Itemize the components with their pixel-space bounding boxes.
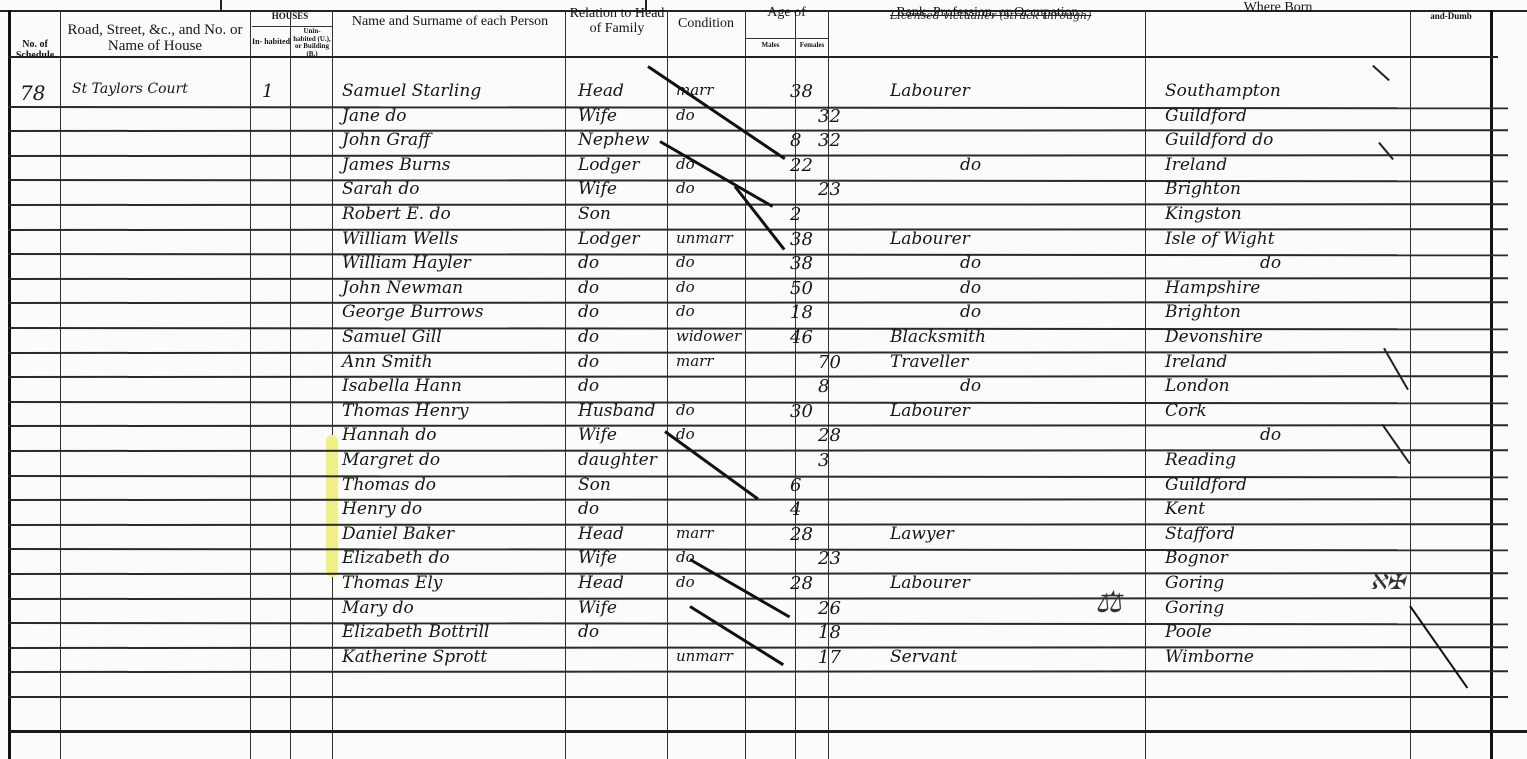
person-name: Robert E. do (342, 204, 451, 224)
male-age: 50 (790, 278, 813, 299)
birthplace: Bognor (1165, 548, 1228, 568)
person-name: William Hayler (342, 253, 471, 273)
header-bottom-rule (8, 56, 1498, 58)
female-age: 32 (818, 130, 841, 151)
male-age: 28 (790, 573, 813, 594)
birthplace: Southampton (1165, 81, 1281, 101)
relation-to-head: Son (578, 475, 611, 495)
person-name: Thomas do (342, 475, 436, 495)
male-age: 18 (790, 302, 813, 323)
birthplace: Ireland (1165, 352, 1227, 372)
header-males: Males (746, 42, 795, 50)
male-age: 46 (790, 327, 813, 348)
census-row: Hannah doWifedo28do (0, 427, 1527, 452)
female-age: 28 (818, 425, 841, 446)
header-schedule: No. of Schedule (10, 40, 60, 62)
marital-condition: do (676, 401, 695, 419)
relation-to-head: Son (578, 204, 611, 224)
person-name: William Wells (342, 229, 458, 249)
person-name: Samuel Gill (342, 327, 442, 347)
male-age: 4 (790, 499, 801, 520)
occupation: do (960, 302, 981, 322)
census-row: Ann Smithdomarr70TravellerIreland (0, 354, 1527, 379)
marital-condition: do (676, 278, 695, 296)
occupation: Servant (890, 647, 957, 667)
person-name: Isabella Hann (342, 376, 462, 396)
male-age: 22 (790, 155, 813, 176)
birthplace: Kingston (1165, 204, 1242, 224)
birthplace: Goring (1165, 598, 1224, 618)
birthplace: Hampshire (1165, 278, 1260, 298)
female-age: 23 (818, 179, 841, 200)
birthplace: Reading (1165, 450, 1236, 470)
row-rule (8, 671, 1508, 674)
marital-condition: do (676, 179, 695, 197)
census-row: Thomas HenryHusbanddo30LabourerCork (0, 403, 1527, 428)
female-age: 70 (818, 352, 841, 373)
relation-to-head: do (578, 253, 599, 273)
female-age: 23 (818, 548, 841, 569)
initials-scrawl: ⚖ (1095, 585, 1122, 620)
person-name: John Newman (342, 278, 463, 298)
relation-to-head: do (578, 327, 599, 347)
person-name: Ann Smith (342, 352, 433, 372)
person-name: George Burrows (342, 302, 484, 322)
census-row: Henry dodo4Kent (0, 501, 1527, 526)
census-row: Thomas ElyHeaddo28LabourerGoring (0, 575, 1527, 600)
male-age: 28 (790, 524, 813, 545)
female-age: 26 (818, 598, 841, 619)
birthplace: Guildford (1165, 106, 1247, 126)
occupation: Labourer (890, 229, 970, 249)
person-name: Hannah do (342, 425, 436, 445)
age-divider (746, 38, 828, 39)
relation-to-head: Lodger (578, 155, 639, 175)
birthplace: Ireland (1165, 155, 1227, 175)
female-age: 3 (818, 450, 829, 471)
census-row: Thomas doSon6Guildford (0, 477, 1527, 502)
census-row: Robert E. doSon2Kingston (0, 206, 1527, 231)
marital-condition: unmarr (676, 229, 733, 247)
occupation: Blacksmith (890, 327, 986, 347)
relation-to-head: do (578, 278, 599, 298)
occupation: Lawyer (890, 524, 954, 544)
occupation: Traveller (890, 352, 968, 372)
person-name: Samuel Starling (342, 81, 481, 101)
census-row: John Newmandodo50doHampshire (0, 280, 1527, 305)
person-name: Mary do (342, 598, 414, 618)
relation-to-head: Nephew (578, 130, 649, 150)
occupation: Labourer (890, 81, 970, 101)
relation-to-head: do (578, 302, 599, 322)
person-name: Katherine Sprott (342, 647, 487, 667)
birthplace: Devonshire (1165, 327, 1263, 347)
birthplace: Goring (1165, 573, 1224, 593)
male-age: 2 (790, 204, 801, 225)
census-row: Margret dodaughter3Reading (0, 452, 1527, 477)
census-row: William Haylerdodo38dodo (0, 255, 1527, 280)
occupation: do (960, 155, 981, 175)
header-relation: Relation to Head of Family (568, 6, 666, 36)
person-name: Thomas Henry (342, 401, 468, 421)
relation-to-head: Husband (578, 401, 655, 421)
struck-occupation: Licensed victualler (struck through) (890, 9, 1091, 22)
census-row: George Burrowsdodo18doBrighton (0, 304, 1527, 329)
relation-to-head: do (578, 352, 599, 372)
male-age: 38 (790, 229, 813, 250)
initials-scrawl: ℵ✠ (1370, 570, 1405, 595)
schedule-number: 78 (20, 81, 45, 105)
header-infirmity: and-Dumb (1412, 12, 1490, 22)
census-row: James BurnsLodgerdo22doIreland (0, 157, 1527, 182)
birthplace: Stafford (1165, 524, 1235, 544)
inhabited-mark: 1 (262, 81, 273, 102)
marital-condition: do (676, 106, 695, 124)
relation-to-head: do (578, 622, 599, 642)
birthplace: Brighton (1165, 179, 1241, 199)
occupation: do (960, 278, 981, 298)
relation-to-head: do (578, 499, 599, 519)
marital-condition: unmarr (676, 647, 733, 665)
birthplace: Kent (1165, 499, 1205, 519)
relation-to-head: Head (578, 81, 624, 101)
birthplace: do (1260, 425, 1281, 445)
relation-to-head: Head (578, 573, 624, 593)
occupation: Labourer (890, 573, 970, 593)
birthplace: Wimborne (1165, 647, 1254, 667)
marital-condition: widower (676, 327, 741, 345)
birthplace: Guildford (1165, 475, 1247, 495)
birthplace: Brighton (1165, 302, 1241, 322)
person-name: Sarah do (342, 179, 420, 199)
top-tick (220, 0, 222, 10)
marital-condition: do (676, 573, 695, 591)
relation-to-head: do (578, 376, 599, 396)
header-age: Age of (745, 5, 828, 20)
female-age: 18 (818, 622, 841, 643)
birthplace: Poole (1165, 622, 1212, 642)
header-females: Females (796, 42, 828, 50)
marital-condition: marr (676, 524, 714, 542)
relation-to-head: Wife (578, 598, 617, 618)
row-rule (8, 696, 1508, 698)
header-road: Road, Street, &c., and No. or Name of Ho… (65, 22, 245, 54)
relation-to-head: Lodger (578, 229, 639, 249)
relation-to-head: Head (578, 524, 624, 544)
header-uninhabited: Unin- habited (U.), or Building (B.) (292, 28, 332, 58)
census-row: Isabella Hanndo8doLondon (0, 378, 1527, 403)
header-where-born: Where Born (1146, 0, 1410, 15)
person-name: Jane do (342, 106, 406, 126)
person-name: Elizabeth Bottrill (342, 622, 489, 642)
relation-to-head: Wife (578, 425, 617, 445)
marital-condition: do (676, 302, 695, 320)
census-page: No. of Schedule Road, Street, &c., and N… (0, 0, 1527, 759)
birthplace: Guildford do (1165, 130, 1273, 150)
header-houses: HOUSES (250, 12, 330, 22)
person-name: Margret do (342, 450, 440, 470)
male-age: 38 (790, 253, 813, 274)
header-inhabited: In- habited (252, 38, 290, 47)
header-name: Name and Surname of each Person (340, 14, 560, 29)
occupation: do (960, 376, 981, 396)
header-condition: Condition (668, 16, 744, 31)
relation-to-head: Wife (578, 106, 617, 126)
census-row: Elizabeth doWifedo23Bognor (0, 550, 1527, 575)
relation-to-head: Wife (578, 548, 617, 568)
person-name: John Graff (342, 130, 430, 150)
relation-to-head: daughter (578, 450, 657, 470)
road-name: St Taylors Court (72, 81, 188, 97)
birthplace: London (1165, 376, 1230, 396)
male-age: 8 (790, 130, 801, 151)
marital-condition: marr (676, 352, 714, 370)
male-age: 6 (790, 475, 801, 496)
census-row: Samuel Gilldowidower46BlacksmithDevonshi… (0, 329, 1527, 354)
tick-mark (1372, 65, 1390, 81)
census-row: Jane doWifedo32Guildford (0, 108, 1527, 133)
person-name: Elizabeth do (342, 548, 450, 568)
person-name: James Burns (342, 155, 451, 175)
person-name: Thomas Ely (342, 573, 442, 593)
census-row: Samuel StarlingHeadmarr38LabourerSoutham… (0, 83, 1527, 108)
female-age: 8 (818, 376, 829, 397)
birthplace: Isle of Wight (1165, 229, 1275, 249)
person-name: Daniel Baker (342, 524, 454, 544)
occupation: do (960, 253, 981, 273)
relation-to-head: Wife (578, 179, 617, 199)
female-age: 17 (818, 647, 841, 668)
census-row: Elizabeth Bottrilldo18Poole (0, 624, 1527, 649)
person-name: Henry do (342, 499, 422, 519)
bottom-rule (8, 730, 1527, 733)
census-row: Daniel BakerHeadmarr28LawyerStafford (0, 526, 1527, 551)
marital-condition: do (676, 253, 695, 271)
marital-condition: do (676, 548, 695, 566)
census-row: William WellsLodgerunmarr38LabourerIsle … (0, 231, 1527, 256)
female-age: 32 (818, 106, 841, 127)
male-age: 30 (790, 401, 813, 422)
male-age: 38 (790, 81, 813, 102)
occupation: Labourer (890, 401, 970, 421)
birthplace: Cork (1165, 401, 1207, 421)
birthplace: do (1260, 253, 1281, 273)
